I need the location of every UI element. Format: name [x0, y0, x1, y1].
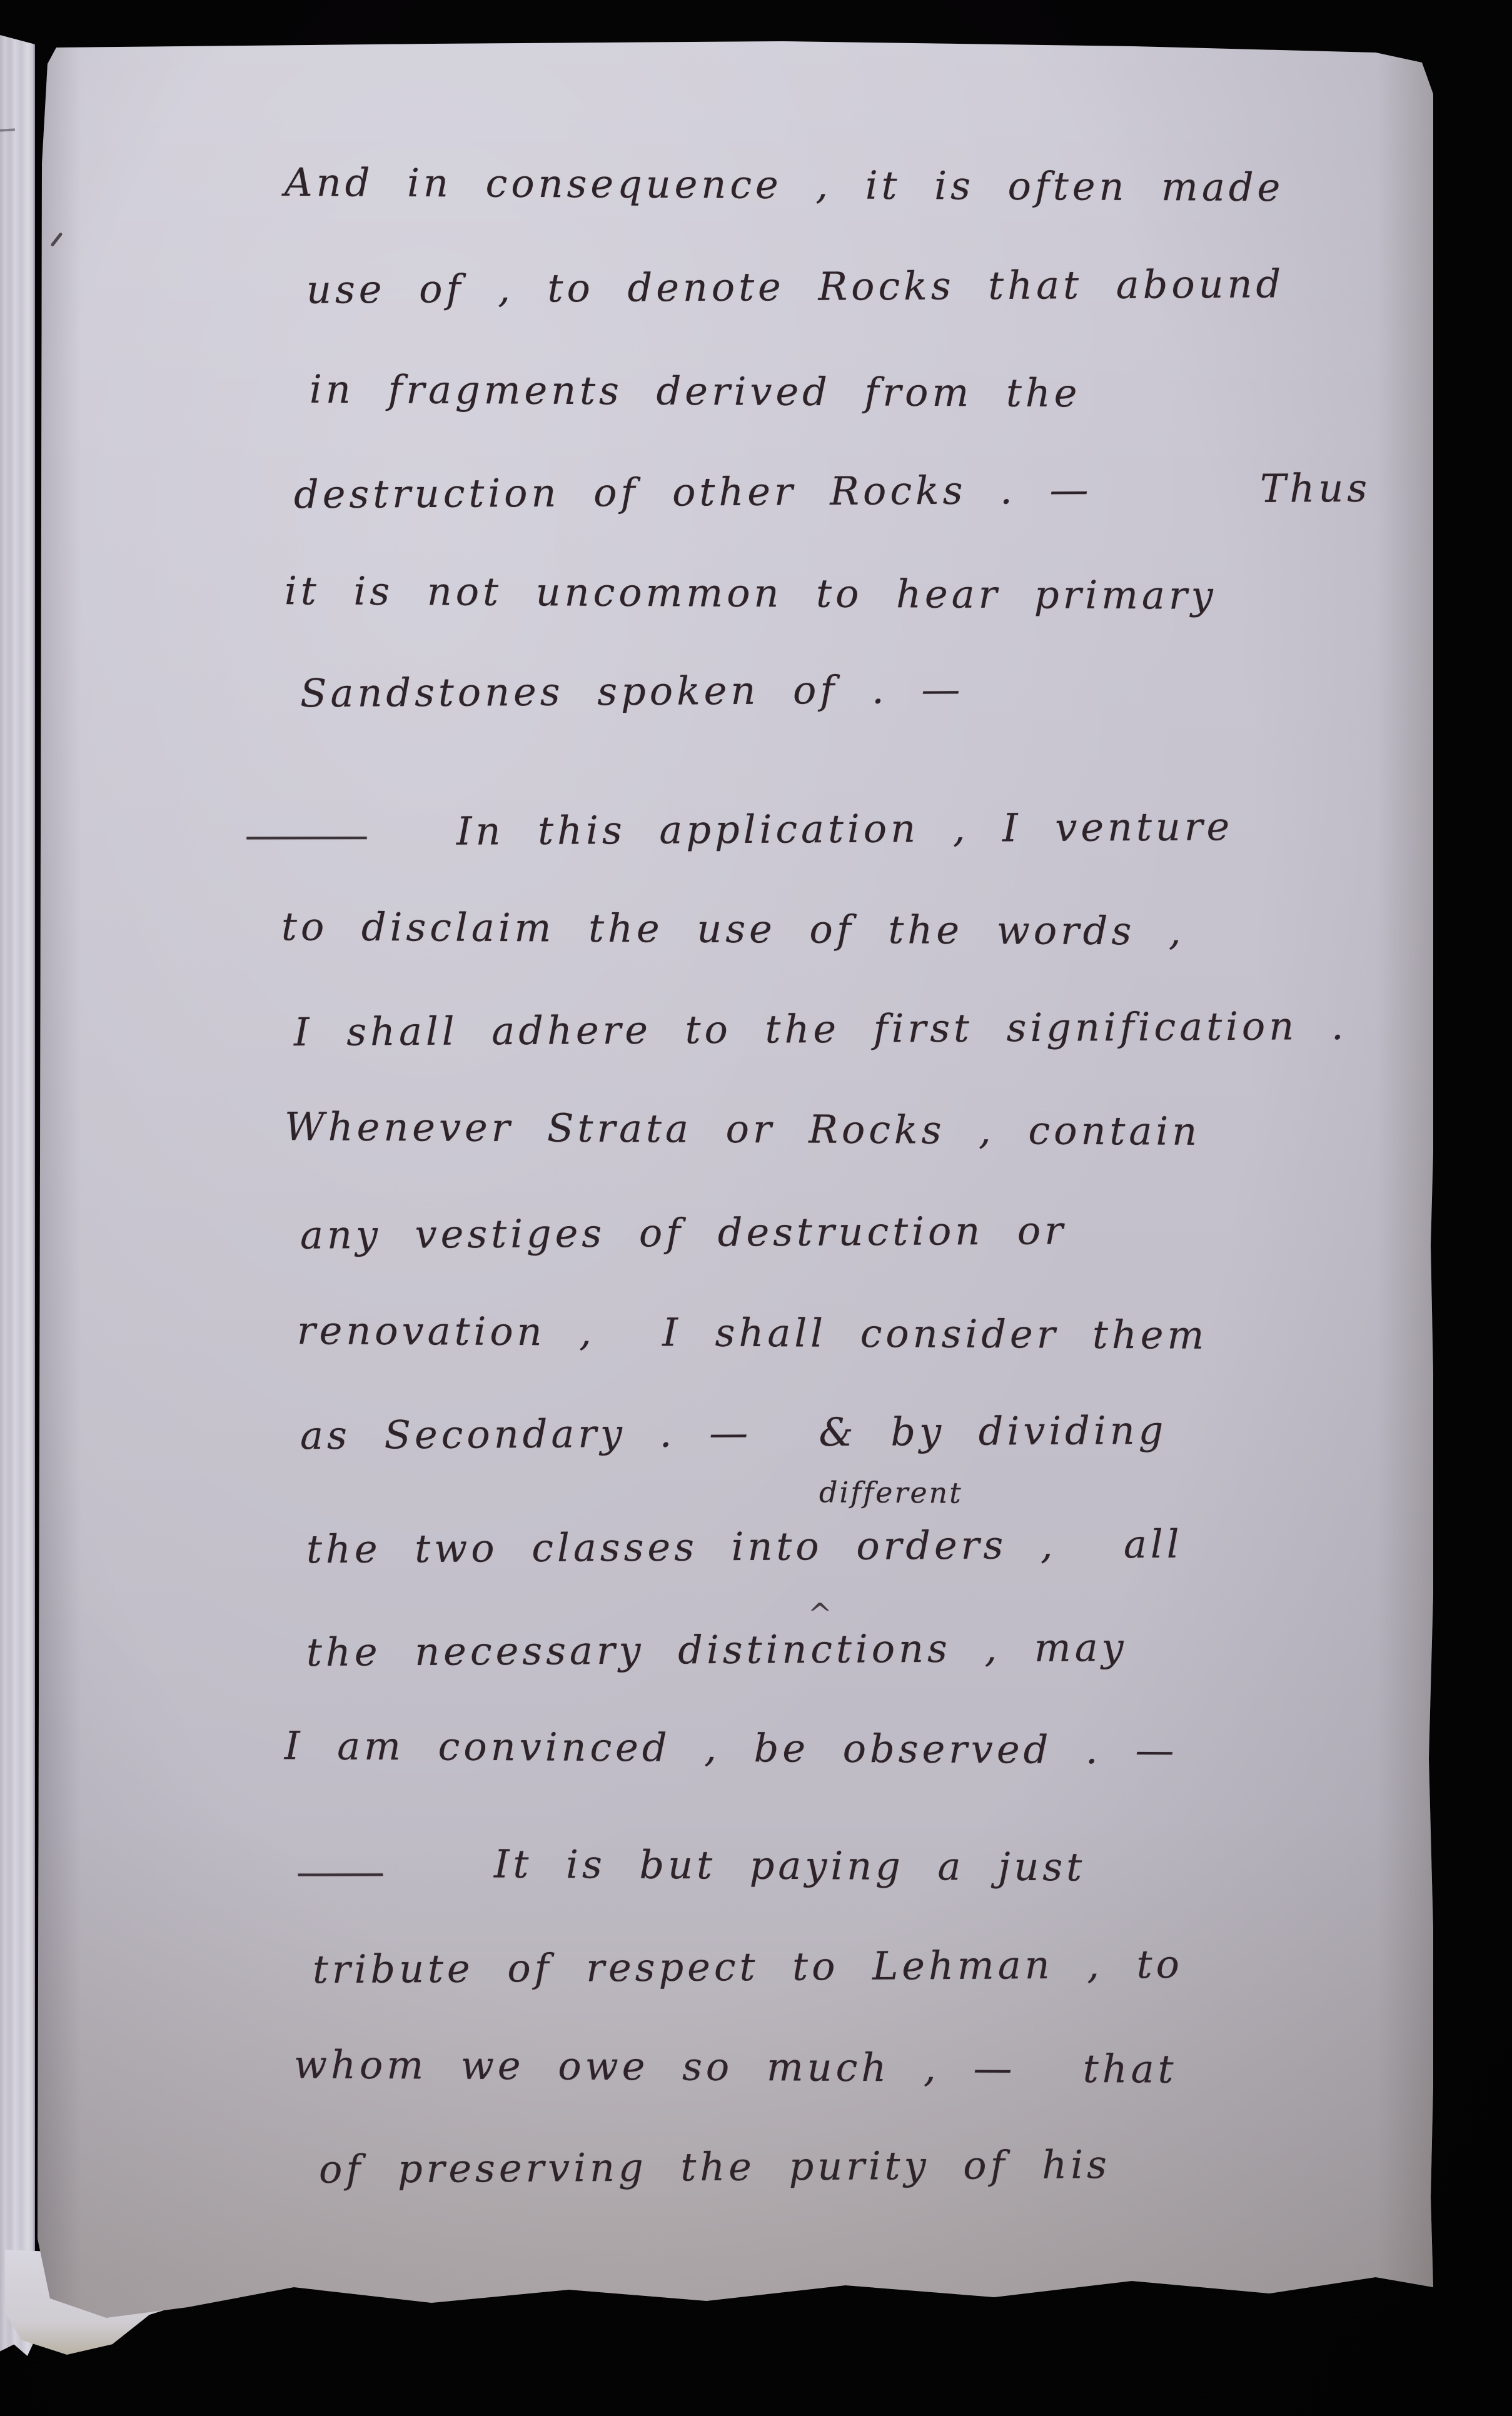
handwritten-line-14: the two classes into orders , all: [306, 1523, 1183, 1571]
manuscript-page: And in consequence , it is often made us…: [33, 39, 1433, 2325]
handwritten-line-3: in fragments derived from the: [310, 368, 1081, 415]
handwritten-line-8: to disclaim the use of the words ,: [281, 905, 1185, 953]
margin-ink-mark: [51, 232, 63, 247]
paragraph-lead-dash: —: [240, 814, 386, 857]
handwritten-line-20: of preserving the purity of his: [319, 2143, 1111, 2191]
insertion-caret: ^: [808, 1598, 836, 1630]
handwritten-line-18: tribute of respect to Lehman , to: [313, 1943, 1183, 1991]
handwritten-line-9: I shall adhere to the first significatio…: [294, 1005, 1348, 1054]
handwritten-line-4: destruction of other Rocks . — Thus: [294, 467, 1371, 516]
inserted-word-different: different: [819, 1476, 963, 1509]
handwritten-line-7: In this application , I venture: [456, 805, 1234, 853]
handwritten-line-2: use of , to denote Rocks that abound: [306, 263, 1285, 311]
ink-mark: [0, 128, 15, 131]
paragraph-lead-dash: —: [294, 1851, 396, 1894]
photographed-manuscript-scene: And in consequence , it is often made us…: [0, 0, 1512, 2416]
handwritten-line-6: Sandstones spoken of . —: [300, 668, 964, 715]
handwritten-line-11: any vestiges of destruction or: [300, 1209, 1067, 1257]
handwritten-line-19: whom we owe so much , — that: [294, 2043, 1177, 2091]
handwritten-line-13: as Secondary . — & by dividing: [300, 1409, 1167, 1457]
handwritten-line-17: It is but paying a just: [494, 1843, 1086, 1889]
book-leaf-edges: [0, 35, 35, 2356]
handwritten-line-15: the necessary distinctions , may: [306, 1626, 1127, 1674]
handwritten-line-16: I am convinced , be observed . —: [285, 1724, 1178, 1772]
handwritten-line-12: renovation , I shall consider them: [297, 1309, 1208, 1357]
handwritten-line-5: it is not uncommon to hear primary: [285, 570, 1217, 617]
handwritten-line-1: And in consequence , it is often made: [285, 161, 1284, 209]
handwritten-line-10: Whenever Strata or Rocks , contain: [285, 1105, 1201, 1153]
